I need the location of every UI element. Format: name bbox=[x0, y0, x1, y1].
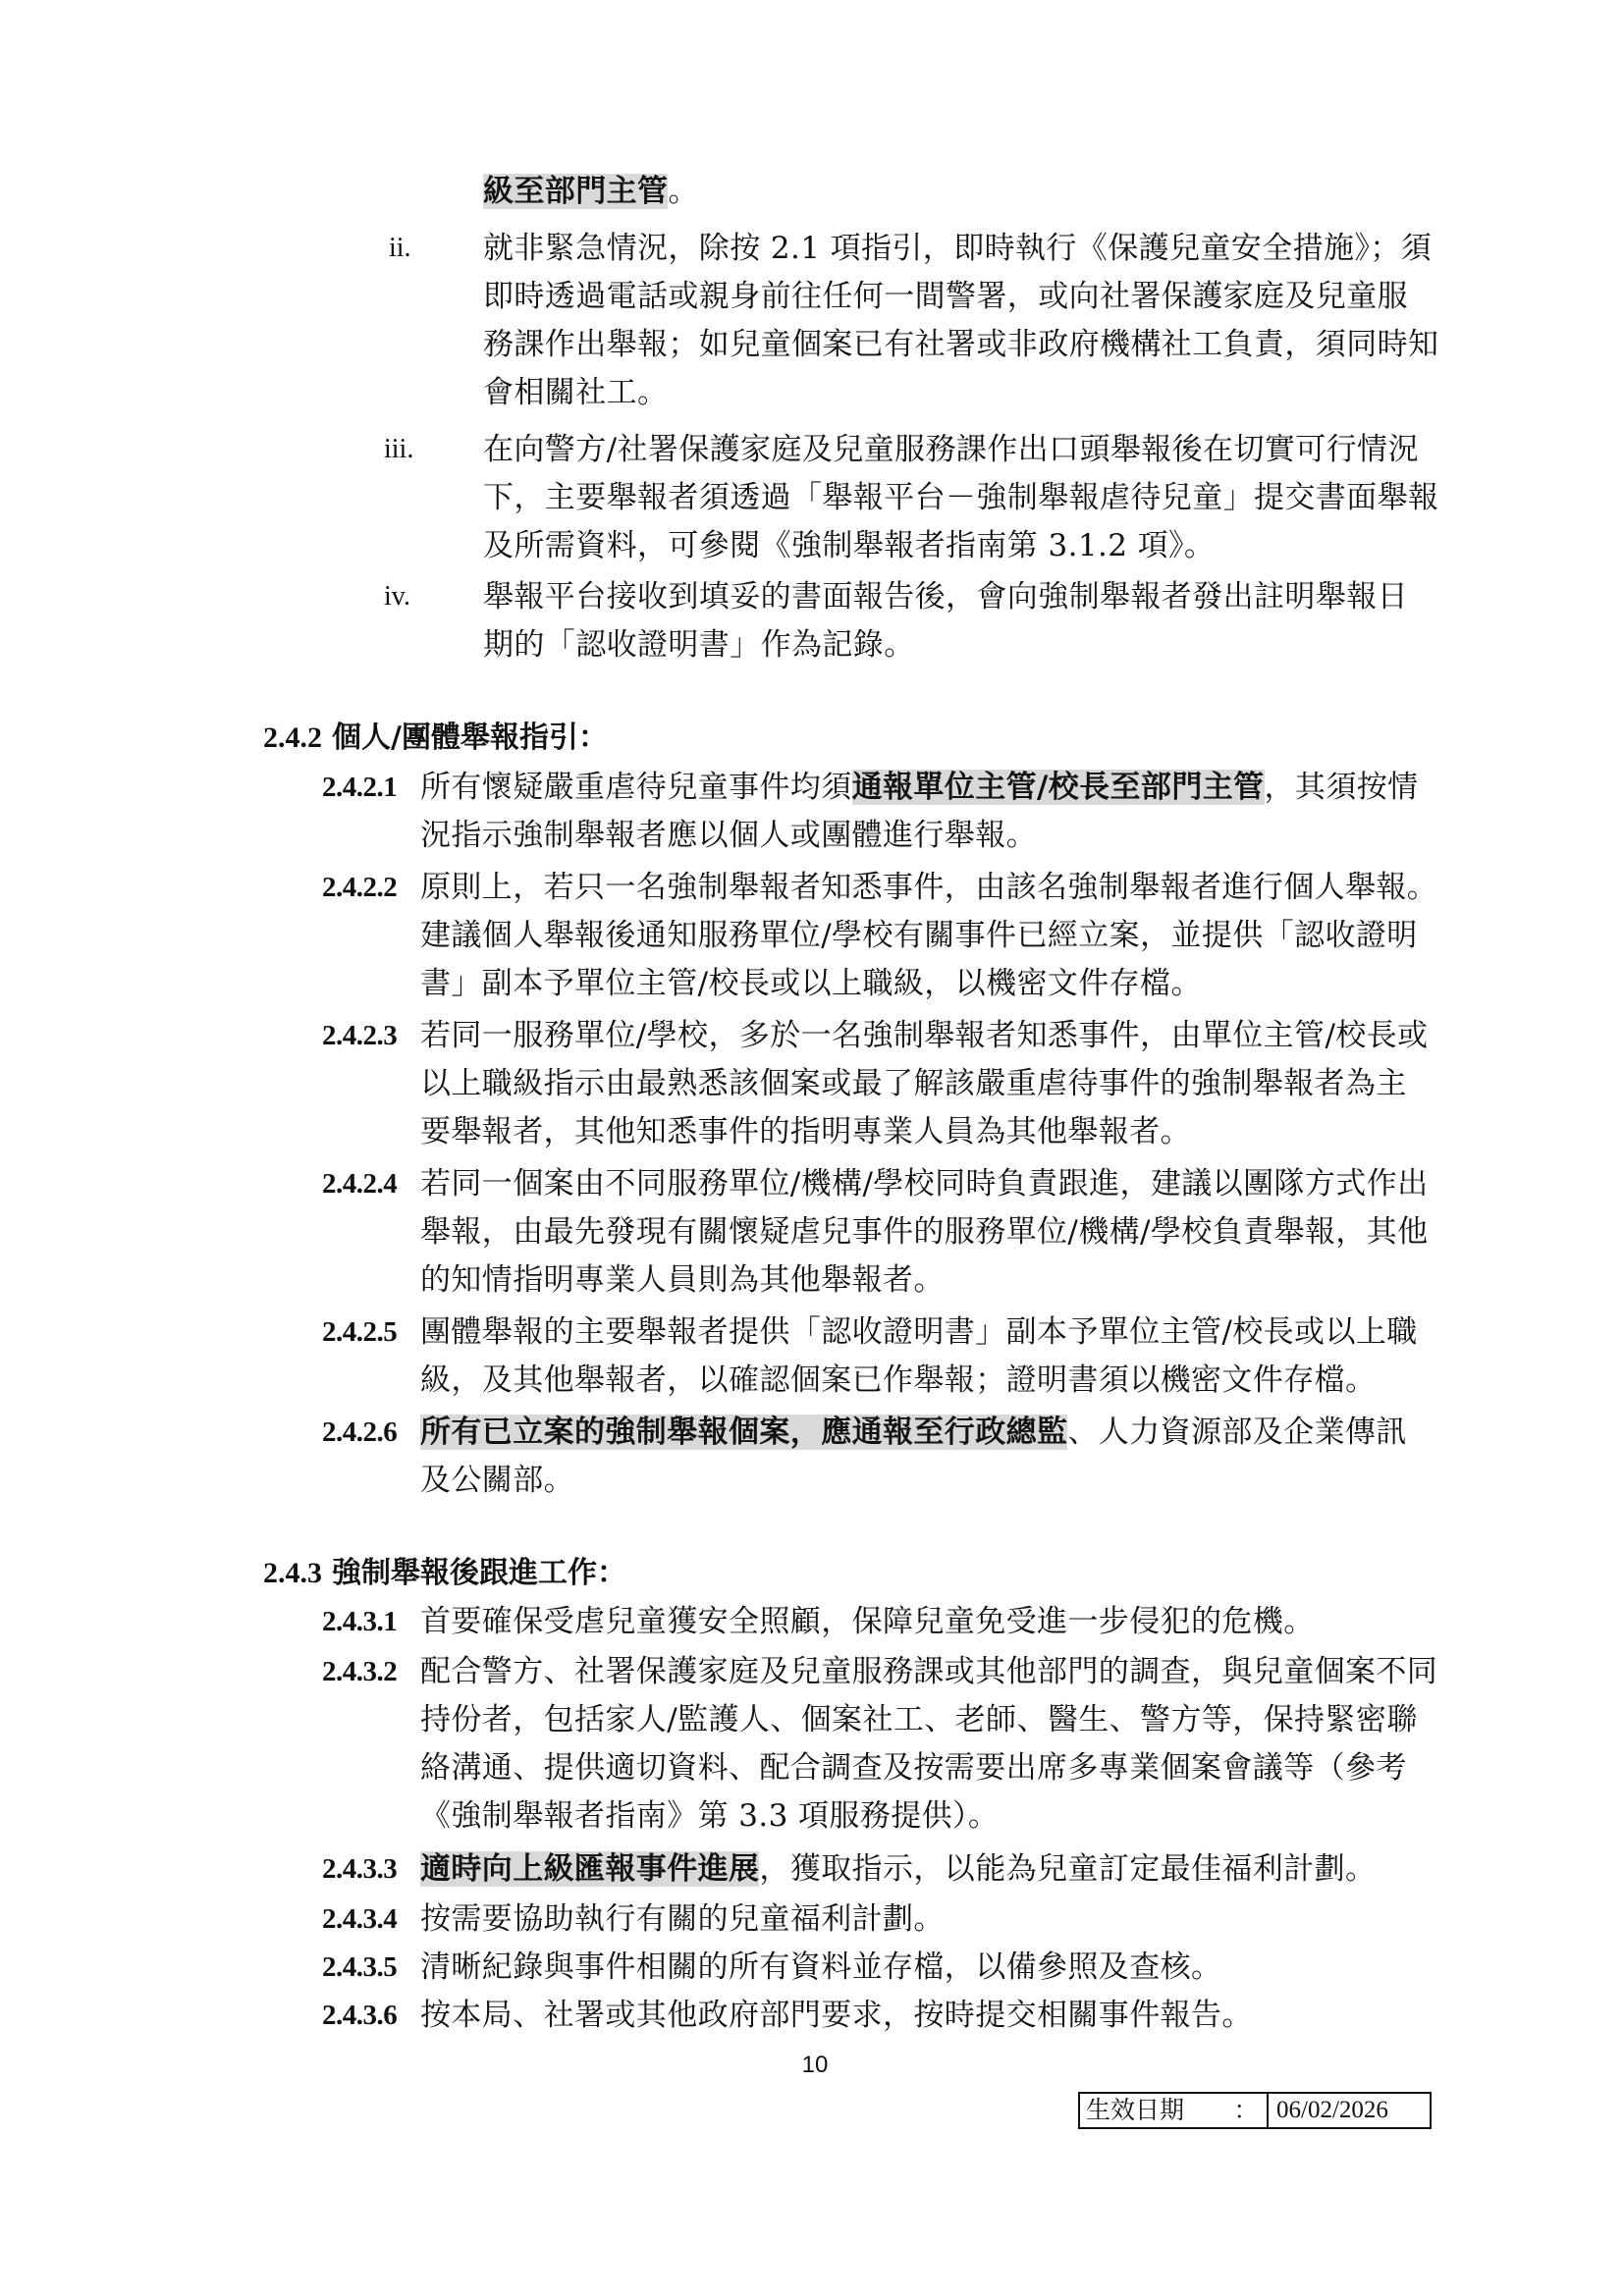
list-item-iii-line-1: 在向警方/社署保護家庭及兒童服務課作出口頭舉報後在切實可行情況 bbox=[483, 430, 1419, 469]
effective-date-colon: ： bbox=[1225, 2094, 1267, 2127]
clause-number-2-4-3-5: 2.4.3.5 bbox=[322, 1948, 397, 1987]
section-heading-2-4-3: 2.4.3強制舉報後跟進工作： bbox=[263, 1554, 626, 1593]
clause-2-4-3-4-line-1: 按需要協助執行有關的兒童福利計劃。 bbox=[420, 1899, 945, 1939]
section-number: 2.4.2 bbox=[263, 721, 322, 754]
clause-2-4-3-2-line-3: 絡溝通、提供適切資料、配合調查及按需要出席多專業個案會議等（參考 bbox=[420, 1748, 1407, 1788]
page-number: 10 bbox=[795, 2052, 835, 2079]
clause-2-4-3-5-line-1: 清晰紀錄與事件相關的所有資料並存檔，以備參照及查核。 bbox=[420, 1948, 1221, 1987]
list-marker-iv: iv. bbox=[384, 577, 410, 616]
clause-2-4-2-5-line-2: 級，及其他舉報者，以確認個案已作舉報；證明書須以機密文件存檔。 bbox=[420, 1361, 1376, 1400]
text: ，獲取指示，以能為兒童訂定最佳福利計劃。 bbox=[759, 1851, 1376, 1887]
clause-2-4-2-3-line-2: 以上職級指示由最熟悉該個案或最了解該嚴重虐待事件的強制舉報者為主 bbox=[420, 1064, 1407, 1103]
clause-number-2-4-3-3: 2.4.3.3 bbox=[322, 1849, 397, 1889]
clause-2-4-2-4-line-1: 若同一個案由不同服務單位/機構/學校同時負責跟進，建議以團隊方式作出 bbox=[420, 1164, 1429, 1203]
clause-2-4-3-6-line-1: 按本局、社署或其他政府部門要求，按時提交相關事件報告。 bbox=[420, 1996, 1253, 2035]
clause-2-4-2-2-line-3: 書」副本予單位主管/校長或以上職級，以機密文件存檔。 bbox=[420, 964, 1202, 1003]
clause-2-4-3-1-line-1: 首要確保受虐兒童獲安全照顧，保障兒童免受進一步侵犯的危機。 bbox=[420, 1602, 1315, 1641]
effective-date-label: 生效日期 bbox=[1080, 2094, 1225, 2127]
continuation-line: 級至部門主管。 bbox=[483, 172, 699, 211]
clause-2-4-2-1-line-1: 所有懷疑嚴重虐待兒童事件均須通報單位主管/校長至部門主管，其須按情 bbox=[420, 768, 1419, 807]
clause-number-2-4-2-6: 2.4.2.6 bbox=[322, 1413, 397, 1452]
clause-2-4-2-6-line-2: 及公關部。 bbox=[420, 1461, 574, 1500]
effective-date-value: 06/02/2026 bbox=[1267, 2094, 1430, 2127]
list-item-iv-line-1: 舉報平台接收到填妥的書面報告後，會向強制舉報者發出註明舉報日 bbox=[483, 577, 1408, 616]
clause-2-4-2-1-line-2: 況指示強制舉報者應以個人或團體進行舉報。 bbox=[420, 816, 1037, 855]
clause-number-2-4-3-1: 2.4.3.1 bbox=[322, 1602, 397, 1641]
list-item-ii-line-2: 即時透過電話或親身前往任何一間警署，或向社署保護家庭及兒童服 bbox=[483, 277, 1408, 316]
list-item-ii-line-3: 務課作出舉報；如兒童個案已有社署或非政府機構社工負責，須同時知 bbox=[483, 325, 1438, 364]
effective-date-box: 生效日期 ： 06/02/2026 bbox=[1078, 2092, 1432, 2129]
text: ，其須按情 bbox=[1265, 770, 1419, 805]
text: 。 bbox=[668, 174, 698, 209]
highlighted-text: 通報單位主管/校長至部門主管 bbox=[852, 770, 1265, 805]
list-item-ii-line-1: 就非緊急情況，除按 2.1 項指引，即時執行《保護兒童安全措施》；須 bbox=[483, 229, 1432, 268]
clause-number-2-4-3-4: 2.4.3.4 bbox=[322, 1899, 397, 1939]
clause-number-2-4-2-3: 2.4.2.3 bbox=[322, 1016, 397, 1055]
list-item-iii-line-3: 及所需資料，可參閱《強制舉報者指南第 3.1.2 項》。 bbox=[483, 526, 1215, 565]
clause-number-2-4-3-6: 2.4.3.6 bbox=[322, 1996, 397, 2035]
section-heading-2-4-2: 2.4.2個人/團體舉報指引： bbox=[263, 719, 608, 758]
clause-2-4-2-3-line-3: 要舉報者，其他知悉事件的指明專業人員為其他舉報者。 bbox=[420, 1112, 1191, 1151]
clause-number-2-4-2-5: 2.4.2.5 bbox=[322, 1312, 397, 1352]
clause-2-4-2-4-line-2: 舉報，由最先發現有關懷疑虐兒事件的服務單位/機構/學校負責舉報，其他 bbox=[420, 1212, 1429, 1252]
clause-number-2-4-3-2: 2.4.3.2 bbox=[322, 1652, 397, 1691]
clause-2-4-3-2-line-4: 《強制舉報者指南》第 3.3 項服務提供）。 bbox=[420, 1796, 999, 1836]
text: 所有懷疑嚴重虐待兒童事件均須 bbox=[420, 770, 852, 805]
highlighted-text: 適時向上級匯報事件進展 bbox=[420, 1851, 759, 1887]
clause-number-2-4-2-4: 2.4.2.4 bbox=[322, 1164, 397, 1203]
list-item-iii-line-2: 下，主要舉報者須透過「舉報平台－強制舉報虐待兒童」提交書面舉報 bbox=[483, 478, 1438, 517]
list-marker-ii: ii. bbox=[389, 229, 411, 268]
highlighted-text: 級至部門主管 bbox=[483, 174, 668, 209]
clause-2-4-2-2-line-2: 建議個人舉報後通知服務單位/學校有關事件已經立案，並提供「認收證明 bbox=[420, 916, 1418, 955]
clause-number-2-4-2-2: 2.4.2.2 bbox=[322, 868, 397, 907]
section-title: 個人/團體舉報指引： bbox=[332, 721, 608, 755]
section-title: 強制舉報後跟進工作： bbox=[332, 1556, 626, 1590]
clause-2-4-3-2-line-2: 持份者，包括家人/監護人、個案社工、老師、醫生、警方等，保持緊密聯 bbox=[420, 1700, 1418, 1739]
clause-2-4-2-3-line-1: 若同一服務單位/學校，多於一名強制舉報者知悉事件，由單位主管/校長或 bbox=[420, 1016, 1429, 1055]
clause-2-4-2-4-line-3: 的知情指明專業人員則為其他舉報者。 bbox=[420, 1260, 945, 1300]
clause-2-4-3-2-line-1: 配合警方、社署保護家庭及兒童服務課或其他部門的調查，與兒童個案不同 bbox=[420, 1652, 1437, 1691]
list-item-ii-line-4: 會相關社工。 bbox=[483, 373, 668, 412]
section-number: 2.4.3 bbox=[263, 1557, 322, 1589]
text: 、人力資源部及企業傳訊 bbox=[1067, 1415, 1406, 1450]
clause-2-4-3-3-line-1: 適時向上級匯報事件進展，獲取指示，以能為兒童訂定最佳福利計劃。 bbox=[420, 1849, 1376, 1889]
clause-2-4-2-6-line-1: 所有已立案的強制舉報個案，應通報至行政總監、人力資源部及企業傳訊 bbox=[420, 1413, 1407, 1452]
list-item-iv-line-2: 期的「認收證明書」作為記錄。 bbox=[483, 625, 915, 665]
highlighted-text: 所有已立案的強制舉報個案，應通報至行政總監 bbox=[420, 1415, 1067, 1450]
clause-2-4-2-2-line-1: 原則上，若只一名強制舉報者知悉事件，由該名強制舉報者進行個人舉報。 bbox=[420, 868, 1437, 907]
list-marker-iii: iii. bbox=[384, 430, 413, 469]
clause-2-4-2-5-line-1: 團體舉報的主要舉報者提供「認收證明書」副本予單位主管/校長或以上職 bbox=[420, 1312, 1418, 1352]
clause-number-2-4-2-1: 2.4.2.1 bbox=[322, 768, 397, 807]
